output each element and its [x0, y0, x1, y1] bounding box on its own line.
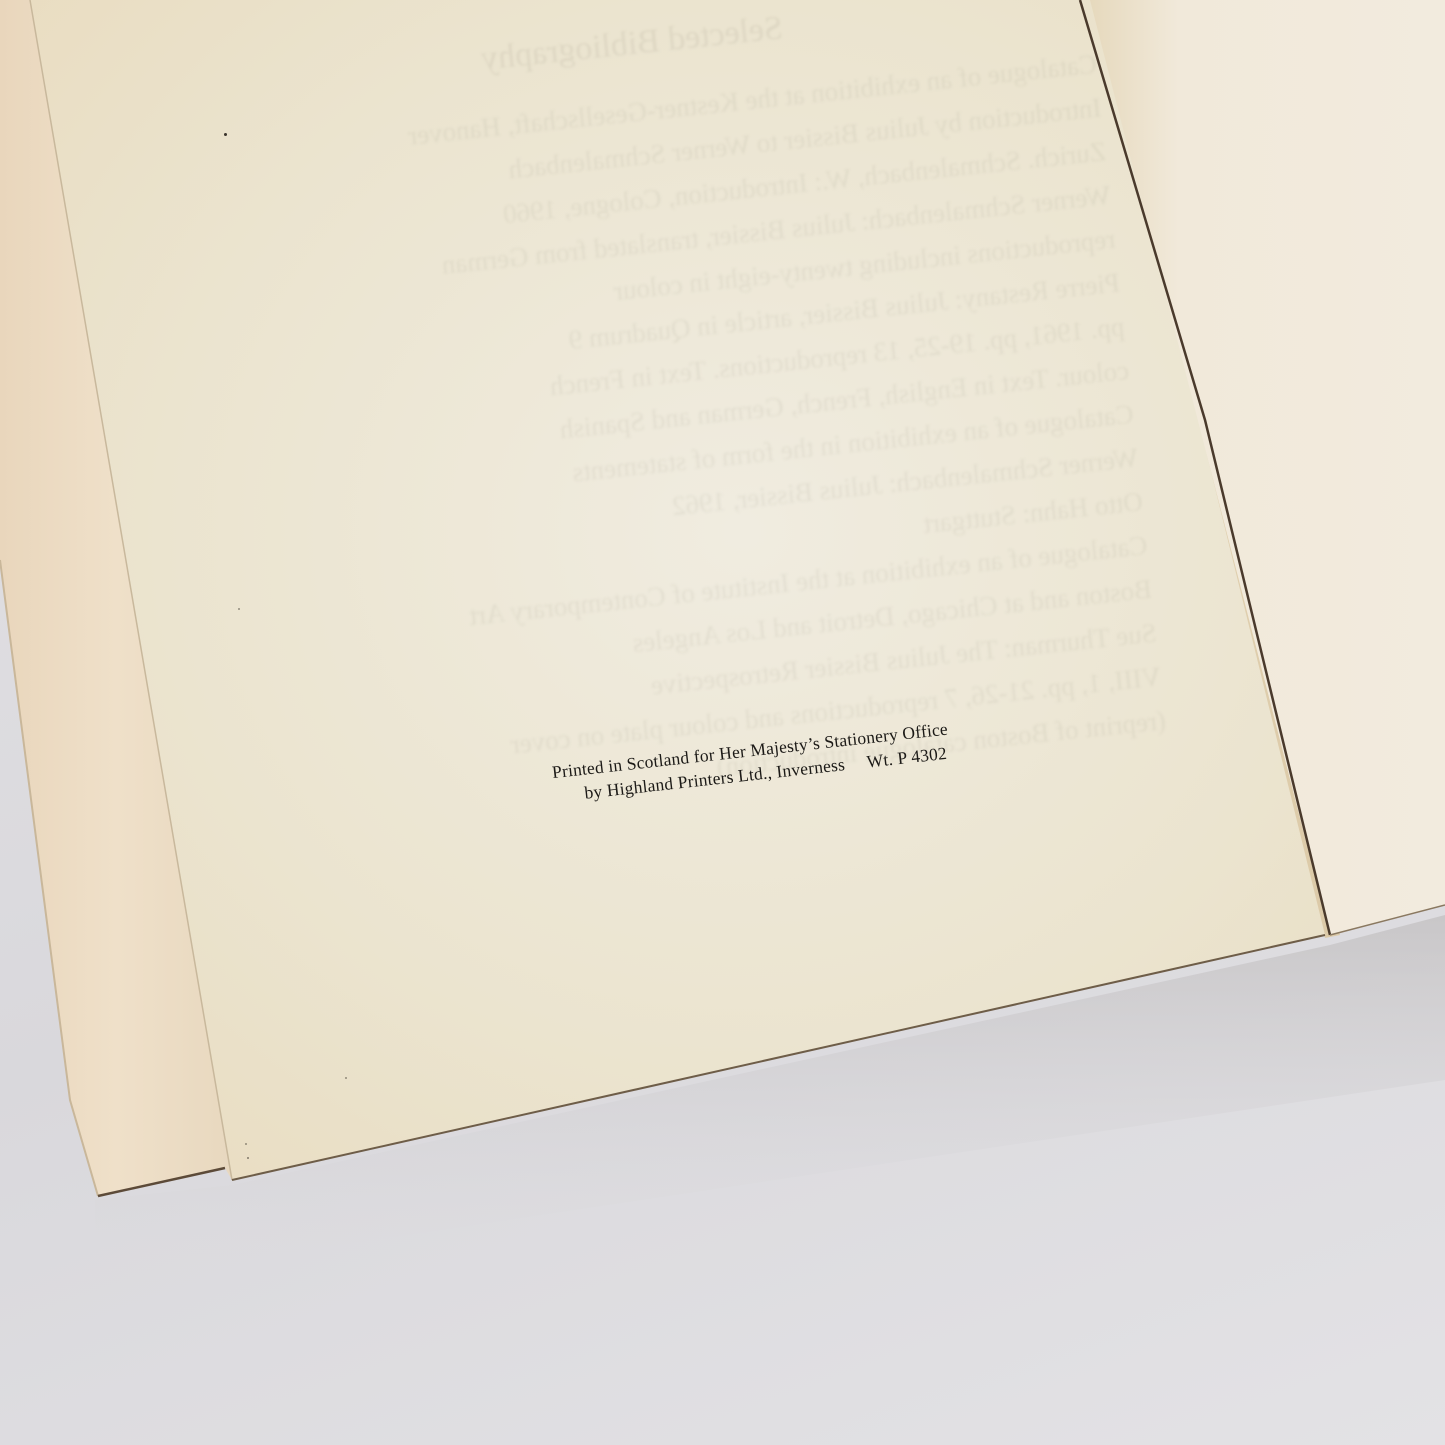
paper-speck	[247, 1157, 249, 1159]
paper-speck	[224, 133, 227, 136]
paper-speck	[238, 608, 240, 610]
paper-speck	[345, 1077, 347, 1079]
paper-speck	[245, 1143, 247, 1145]
photo-scene: Selected Bibliography Catalogue of an ex…	[0, 0, 1445, 1445]
